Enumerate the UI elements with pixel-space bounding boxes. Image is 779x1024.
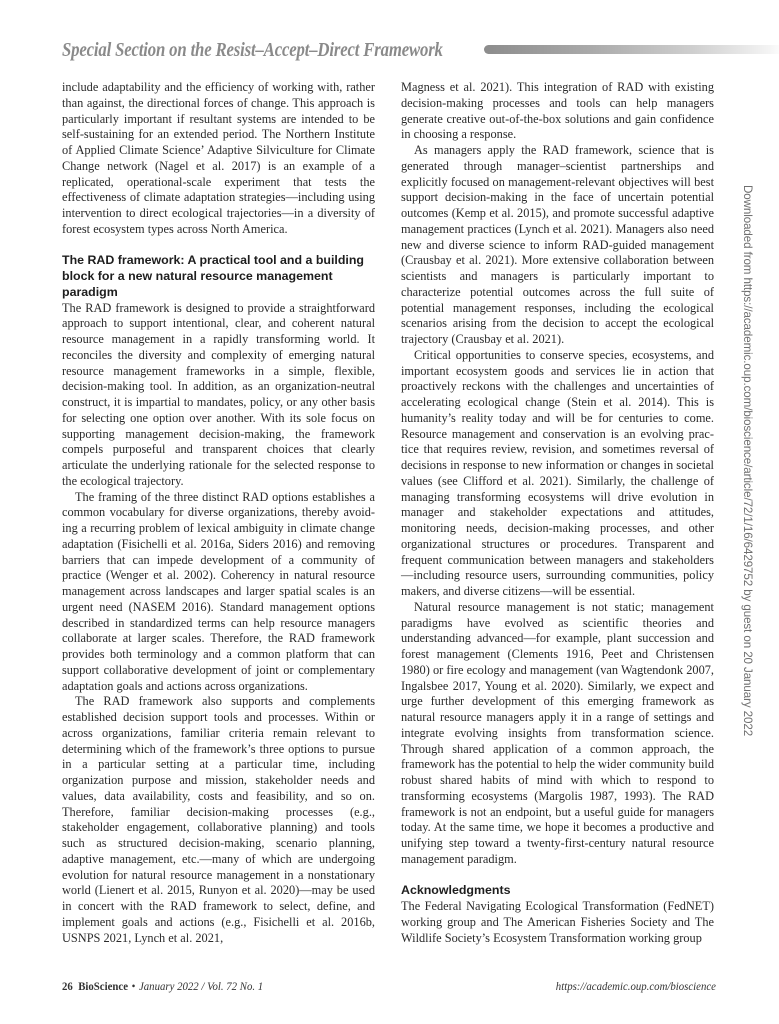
paragraph: Magness et al. 2021). This integration o… — [401, 80, 714, 143]
right-column: Magness et al. 2021). This integration o… — [401, 80, 714, 946]
left-column: include adaptability and the efficiency … — [62, 80, 375, 946]
paragraph: Critical opportunities to conserve speci… — [401, 348, 714, 600]
paragraph: As managers apply the RAD framework, sci… — [401, 143, 714, 348]
issue-info: January 2022 / Vol. 72 No. 1 — [139, 979, 263, 993]
section-title: Special Section on the Resist–Accept–Dir… — [62, 40, 443, 62]
journal-name: BioScience — [78, 979, 128, 993]
section-heading: The RAD framework: A practical tool and … — [62, 253, 375, 300]
download-watermark: Downloaded from https://academic.oup.com… — [741, 185, 754, 736]
journal-url-link[interactable]: https://academic.oup.com/bioscience — [556, 979, 716, 994]
paragraph: Natural resource management is not stati… — [401, 600, 714, 868]
header-gradient-bar — [484, 45, 779, 54]
paragraph: The framing of the three distinct RAD op… — [62, 490, 375, 695]
running-head: Special Section on the Resist–Accept–Dir… — [62, 38, 505, 64]
paragraph: include adaptability and the efficiency … — [62, 80, 375, 238]
journal-page: Special Section on the Resist–Accept–Dir… — [0, 0, 779, 1024]
acknowledgments-heading: Acknowledgments — [401, 883, 714, 899]
paragraph: The RAD framework is designed to provide… — [62, 301, 375, 490]
page-number: 26 — [62, 979, 73, 993]
page-footer: 26BioScience•January 2022 / Vol. 72 No. … — [62, 979, 716, 997]
bullet-separator: • — [132, 979, 136, 993]
paragraph: The RAD framework also supports and comp… — [62, 694, 375, 946]
acknowledgments-paragraph: The Federal Navigating Ecological Transf… — [401, 899, 714, 946]
footer-citation: 26BioScience•January 2022 / Vol. 72 No. … — [62, 979, 263, 994]
